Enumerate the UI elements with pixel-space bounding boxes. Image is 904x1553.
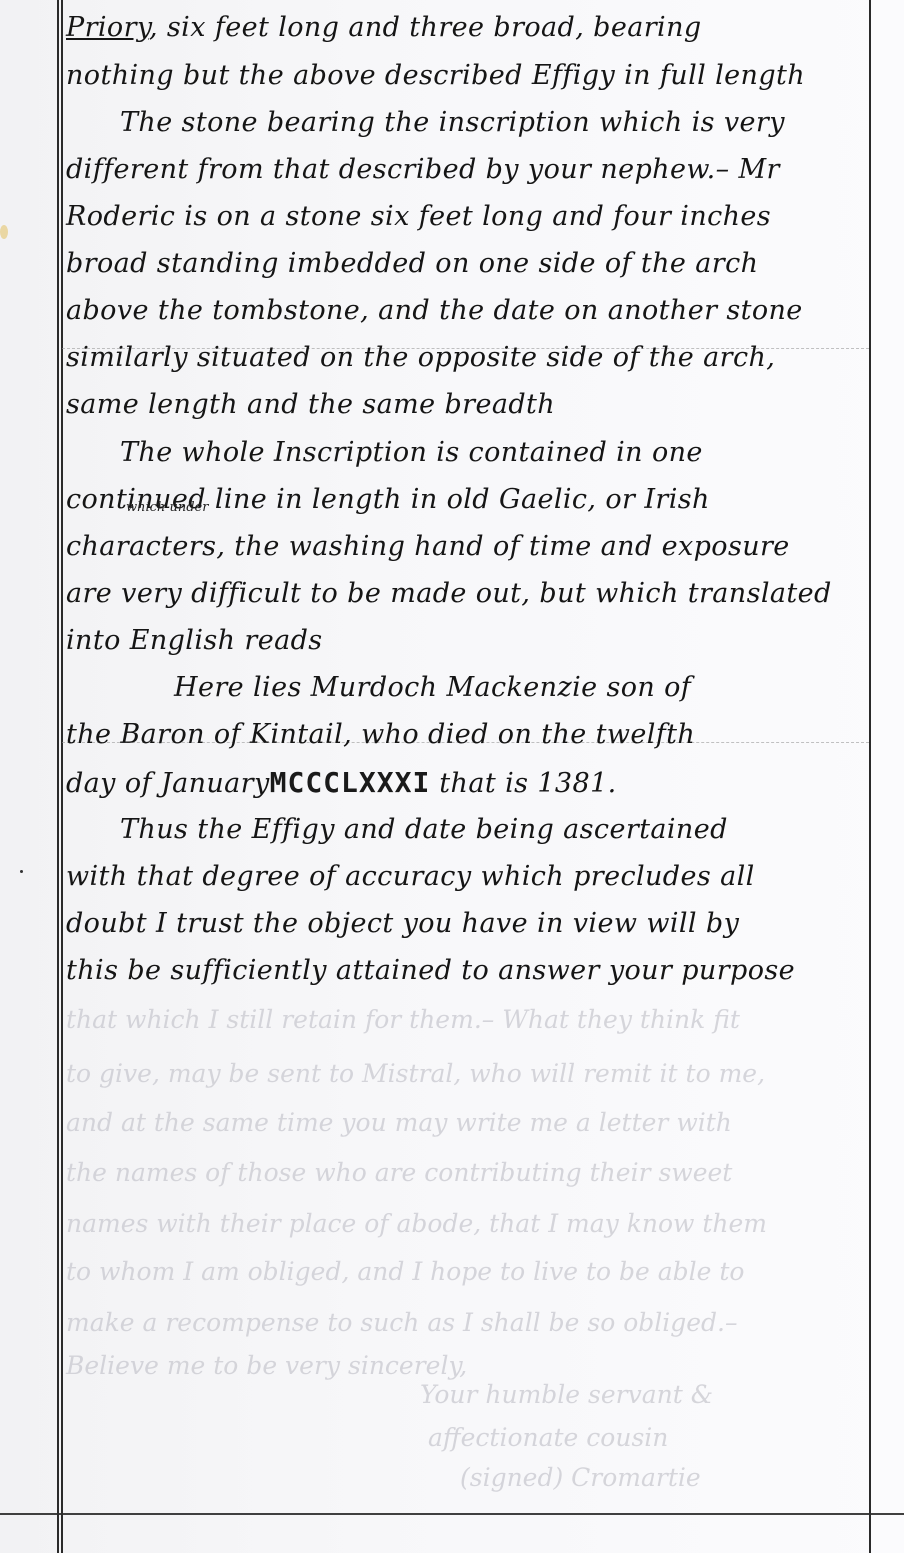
bleed-line: make a recompense to such as I shall be … xyxy=(66,1308,738,1337)
text-line: same length and the same breadth xyxy=(66,389,555,420)
text-line: The stone bearing the inscription which … xyxy=(120,107,785,138)
text-line: Priory, six feet long and three broad, b… xyxy=(66,12,702,43)
text-line: with that degree of accuracy which precl… xyxy=(66,861,755,892)
line-rest: , six feet long and three broad, bearing xyxy=(149,12,702,43)
interlinear-insertion: which under xyxy=(126,500,208,515)
bleed-line: to give, may be sent to Mistral, who wil… xyxy=(66,1059,765,1088)
roman-numeral-date: MCCCLXXXI xyxy=(270,766,431,799)
bleed-line: and at the same time you may write me a … xyxy=(66,1108,732,1137)
line-start: day of January xyxy=(66,768,270,799)
signature-closing: Your humble servant & xyxy=(420,1380,713,1409)
text-line: day of JanuaryMCCCLXXXI that is 1381. xyxy=(66,766,617,799)
text-line: Roderic is on a stone six feet long and … xyxy=(66,201,771,232)
text-line: different from that described by your ne… xyxy=(66,154,780,185)
text-line: Thus the Effigy and date being ascertain… xyxy=(120,814,728,845)
underlined-word: Priory xyxy=(66,12,149,43)
ink-speck xyxy=(20,870,23,873)
text-line: similarly situated on the opposite side … xyxy=(66,342,775,373)
text-line: above the tombstone, and the date on ano… xyxy=(66,295,803,326)
bleed-line: names with their place of abode, that I … xyxy=(66,1209,767,1238)
bleed-line: to whom I am obliged, and I hope to live… xyxy=(66,1257,744,1286)
text-line: characters, the washing hand of time and… xyxy=(66,531,790,562)
text-line: are very difficult to be made out, but w… xyxy=(66,578,832,609)
text-line: doubt I trust the object you have in vie… xyxy=(66,908,739,939)
signature-closing: affectionate cousin xyxy=(428,1423,668,1452)
text-line: The whole Inscription is contained in on… xyxy=(120,437,703,468)
text-line: into English reads xyxy=(66,625,323,656)
line-end: that is 1381. xyxy=(430,768,616,799)
paper-stain xyxy=(0,225,8,239)
manuscript-page: that which I still retain for them.– Wha… xyxy=(0,0,904,1553)
text-line: Here lies Murdoch Mackenzie son of xyxy=(174,672,691,703)
text-line: nothing but the above described Effigy i… xyxy=(66,60,805,91)
bleed-line: that which I still retain for them.– Wha… xyxy=(66,1005,740,1034)
signature-name: (signed) Cromartie xyxy=(460,1463,701,1492)
bleed-line: the names of those who are contributing … xyxy=(66,1158,732,1187)
left-margin-line-inner xyxy=(61,0,63,1553)
right-margin-line xyxy=(869,0,871,1553)
text-line: this be sufficiently attained to answer … xyxy=(66,955,795,986)
bottom-rule-line xyxy=(0,1513,904,1515)
bleed-line: Believe me to be very sincerely, xyxy=(66,1351,467,1380)
text-line: the Baron of Kintail, who died on the tw… xyxy=(66,719,695,750)
text-line: broad standing imbedded on one side of t… xyxy=(66,248,758,279)
left-margin-line-outer xyxy=(57,0,59,1553)
